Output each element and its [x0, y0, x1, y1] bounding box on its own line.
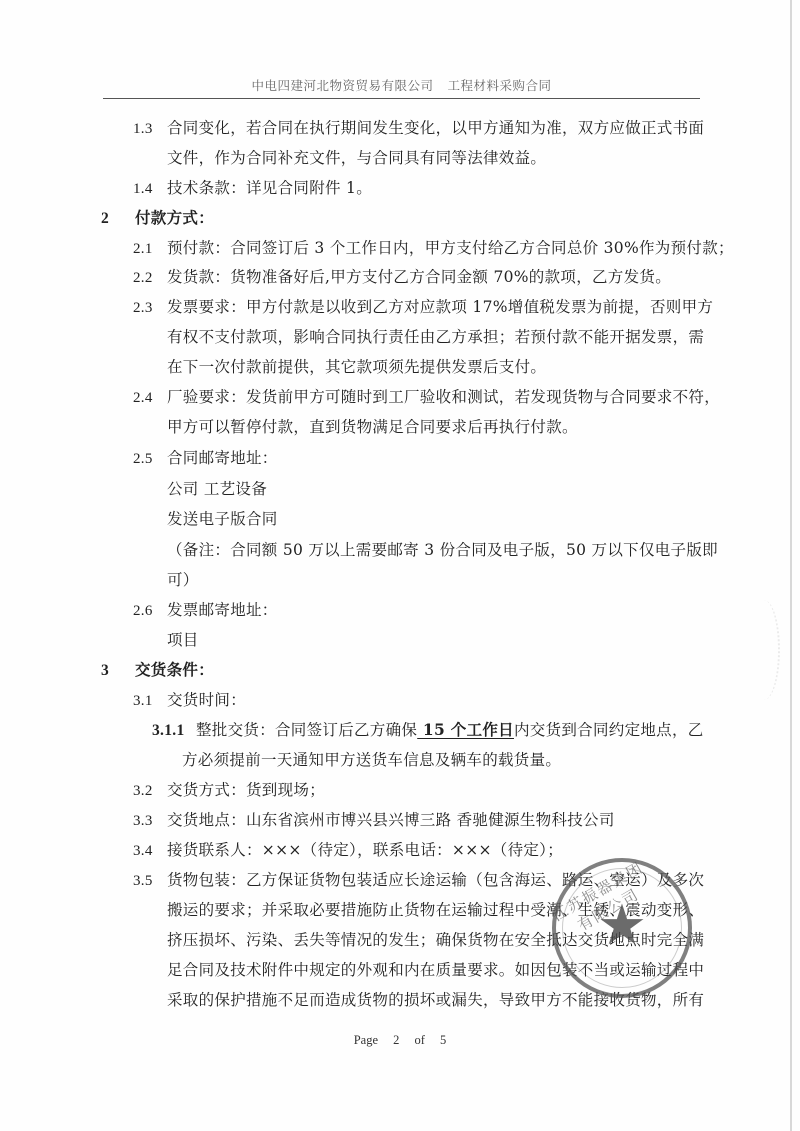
clause-3-2: 3.2交货方式：货到现场；	[133, 780, 325, 801]
clause-1-3-cont: 文件，作为合同补充文件，与合同具有同等法律效益。	[167, 148, 546, 168]
page-edge-line	[790, 0, 792, 1131]
clause-2-5: 2.5合同邮寄地址：	[133, 448, 278, 469]
current-page-number: 2	[393, 1033, 399, 1047]
clause-number: 3.4	[133, 841, 167, 861]
clause-3-1: 3.1交货时间：	[133, 690, 246, 711]
clause-3-5-cont: 足合同及技术附件中规定的外观和内在质量要求。如因包装不当或运输过程中	[167, 960, 704, 980]
of-label: of	[415, 1033, 425, 1047]
clause-text: 挤压损坏、污染、丢失等情况的发生；确保货物在安全抵达交货地点时完全满	[167, 931, 704, 949]
clause-text: 技术条款：详见合同附件 1。	[167, 179, 372, 197]
clause-number: 2.6	[133, 601, 167, 621]
clause-text: 发票邮寄地址：	[167, 601, 278, 619]
clause-3-4: 3.4接货联系人：×××（待定），联系电话：×××（待定）；	[133, 840, 563, 861]
section-title: 付款方式：	[135, 208, 214, 227]
clause-text: 厂验要求：发货前甲方可随时到工厂验收和测试，若发现货物与合同要求不符，	[167, 388, 720, 406]
invoice-mailing-project: 项目	[167, 630, 199, 650]
header-company: 中电四建河北物资贸易有限公司	[251, 78, 433, 93]
clause-text: 甲方可以暂停付款，直到货物满足合同要求后再执行付款。	[167, 418, 578, 436]
clause-2-3-cont: 有权不支付款项，影响合同执行责任由乙方承担；若预付款不能开据发票，需	[167, 327, 704, 347]
clause-number: 3.1.1	[152, 721, 196, 741]
clause-1-3: 1.3合同变化，若合同在执行期间发生变化，以甲方通知为准，双方应做正式书面	[133, 118, 704, 139]
clause-text-pre: 整批交货：合同签订后乙方确保	[196, 721, 417, 739]
clause-text: 有权不支付款项，影响合同执行责任由乙方承担；若预付款不能开据发票，需	[167, 328, 704, 346]
clause-text: （备注：合同额 50 万以上需要邮寄 3 份合同及电子版，50 万以下仅电子版即	[167, 541, 718, 559]
clause-3-3: 3.3交货地点：山东省滨州市博兴县兴博三路 香驰健源生物科技公司	[133, 810, 615, 831]
clause-text: 项目	[167, 631, 199, 649]
contract-mailing-company: 公司 工艺设备	[167, 479, 267, 499]
header-doc-title: 工程材料采购合同	[448, 78, 552, 93]
clause-3-1-1-cont: 方必须提前一天通知甲方送货车信息及辆车的载货量。	[182, 750, 561, 770]
clause-text: 方必须提前一天通知甲方送货车信息及辆车的载货量。	[182, 751, 561, 769]
page-footer: Page 2 of 5	[0, 1033, 800, 1048]
delivery-days-underlined: 15 个工作日	[417, 720, 514, 739]
clause-text: 合同邮寄地址：	[167, 449, 278, 467]
clause-text: 发货款：货物准备好后,甲方支付乙方合同金额 70%的款项，乙方发货。	[167, 268, 671, 286]
clause-3-5-cont: 搬运的要求；并采取必要措施防止货物在运输过程中受潮、生锈、震动变形、	[167, 900, 704, 920]
clause-text: 合同变化，若合同在执行期间发生变化，以甲方通知为准，双方应做正式书面	[167, 119, 704, 137]
clause-number: 2.1	[133, 239, 167, 259]
clause-number: 2.3	[133, 298, 167, 318]
clause-text: 公司 工艺设备	[167, 480, 267, 498]
clause-text: 发送电子版合同	[167, 510, 278, 528]
clause-3-1-1: 3.1.1整批交货：合同签订后乙方确保 15 个工作日内交货到合同约定地点，乙	[152, 720, 704, 741]
clause-text: 货物包装：乙方保证货物包装适应长途运输（包含海运、路运、空运）及多次	[167, 871, 704, 889]
contract-mailing-note: （备注：合同额 50 万以上需要邮寄 3 份合同及电子版，50 万以下仅电子版即	[167, 540, 718, 560]
clause-text: 发票要求：甲方付款是以收到乙方对应款项 17%增值税发票为前提，否则甲方	[167, 298, 713, 316]
clause-2-3-cont: 在下一次付款前提供，其它款项须先提供发票后支付。	[167, 357, 546, 377]
clause-2-4: 2.4厂验要求：发货前甲方可随时到工厂验收和测试，若发现货物与合同要求不符，	[133, 387, 720, 408]
clause-text: 交货时间：	[167, 691, 246, 709]
running-header: 中电四建河北物资贸易有限公司工程材料采购合同	[103, 76, 700, 94]
clause-number: 2.4	[133, 388, 167, 408]
clause-text: 预付款：合同签订后 3 个工作日内，甲方支付给乙方合同总价 30%作为预付款；	[167, 239, 734, 257]
clause-text: 交货方式：货到现场；	[167, 781, 325, 799]
clause-text: 接货联系人：×××（待定），联系电话：×××（待定）；	[167, 841, 563, 859]
clause-2-4-cont: 甲方可以暂停付款，直到货物满足合同要求后再执行付款。	[167, 417, 578, 437]
total-pages: 5	[440, 1033, 446, 1047]
clause-number: 3.5	[133, 871, 167, 891]
clause-3-5-cont: 采取的保护措施不足而造成货物的损坏或漏失，导致甲方不能接收货物，所有	[167, 990, 704, 1010]
section-3-heading: 3交货条件：	[101, 660, 214, 681]
clause-number: 1.4	[133, 179, 167, 199]
section-number: 3	[101, 661, 135, 681]
clause-text: 可）	[167, 571, 199, 589]
clause-2-1: 2.1预付款：合同签订后 3 个工作日内，甲方支付给乙方合同总价 30%作为预付…	[133, 238, 734, 259]
clause-text: 采取的保护措施不足而造成货物的损坏或漏失，导致甲方不能接收货物，所有	[167, 991, 704, 1009]
clause-2-3: 2.3发票要求：甲方付款是以收到乙方对应款项 17%增值税发票为前提，否则甲方	[133, 297, 713, 318]
clause-text-post: 内交货到合同约定地点，乙	[514, 721, 704, 739]
clause-3-5: 3.5货物包装：乙方保证货物包装适应长途运输（包含海运、路运、空运）及多次	[133, 870, 704, 891]
section-2-heading: 2付款方式：	[101, 208, 214, 229]
faint-seal-impression	[748, 600, 780, 700]
page-label: Page	[354, 1033, 378, 1047]
clause-number: 1.3	[133, 119, 167, 139]
clause-text: 足合同及技术附件中规定的外观和内在质量要求。如因包装不当或运输过程中	[167, 961, 704, 979]
clause-number: 2.5	[133, 449, 167, 469]
contract-electronic-copy: 发送电子版合同	[167, 509, 278, 529]
document-page: 中电四建河北物资贸易有限公司工程材料采购合同 1.3合同变化，若合同在执行期间发…	[0, 0, 800, 1131]
clause-text: 交货地点：山东省滨州市博兴县兴博三路 香驰健源生物科技公司	[167, 811, 615, 829]
clause-text: 搬运的要求；并采取必要措施防止货物在运输过程中受潮、生锈、震动变形、	[167, 901, 704, 919]
clause-number: 3.1	[133, 691, 167, 711]
clause-2-2: 2.2发货款：货物准备好后,甲方支付乙方合同金额 70%的款项，乙方发货。	[133, 267, 671, 288]
section-title: 交货条件：	[135, 660, 214, 679]
clause-number: 3.3	[133, 811, 167, 831]
clause-text: 文件，作为合同补充文件，与合同具有同等法律效益。	[167, 149, 546, 167]
contract-mailing-note-cont: 可）	[167, 570, 199, 590]
clause-text: 在下一次付款前提供，其它款项须先提供发票后支付。	[167, 358, 546, 376]
clause-number: 3.2	[133, 781, 167, 801]
clause-number: 2.2	[133, 268, 167, 288]
section-number: 2	[101, 209, 135, 229]
header-rule	[103, 98, 700, 99]
clause-2-6: 2.6发票邮寄地址：	[133, 600, 278, 621]
clause-3-5-cont: 挤压损坏、污染、丢失等情况的发生；确保货物在安全抵达交货地点时完全满	[167, 930, 704, 950]
clause-1-4: 1.4技术条款：详见合同附件 1。	[133, 178, 372, 199]
